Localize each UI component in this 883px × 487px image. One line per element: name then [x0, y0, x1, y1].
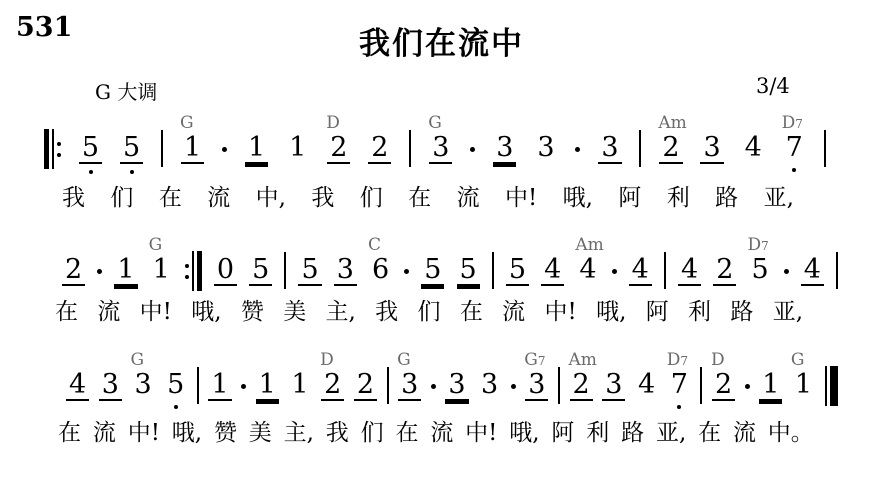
note-digit: 5 [164, 371, 187, 399]
note-digit: 5 [748, 256, 771, 284]
lyric-syllable: 在 [58, 420, 81, 448]
barline [409, 130, 411, 167]
note: G1 [792, 371, 815, 399]
note: 5 [164, 371, 187, 409]
note: G1 [181, 134, 204, 164]
lyric-syllable: 亚, [656, 420, 686, 448]
note: 4 [541, 256, 564, 286]
chord-label: D7 [782, 115, 803, 132]
note-digit: 5 [421, 256, 444, 286]
note-digit: 3 [445, 371, 468, 401]
lyric-syllable: 亚, [764, 185, 794, 213]
lyric-syllable: 中! [505, 185, 537, 213]
note: 5 [421, 256, 444, 286]
lyric-syllable: 在 [395, 420, 418, 448]
chord-label: Am [575, 237, 603, 254]
low-octave-dot [677, 405, 681, 409]
note-digit: 1 [114, 256, 137, 286]
barline [836, 252, 838, 289]
chord-label: G [397, 352, 411, 369]
note-digit: 4 [635, 371, 658, 399]
lyric-syllable: 们 [110, 185, 133, 213]
lyric-syllable: 在 [159, 185, 182, 213]
note-digit: 5 [298, 256, 321, 286]
note: 1 [114, 256, 137, 286]
note-digit: 1 [286, 134, 309, 162]
lyric-syllable: 赞 [241, 299, 264, 327]
note: 4 [629, 256, 652, 286]
dotted-note-dot [222, 147, 227, 152]
lyric-syllable: 哦, [596, 299, 626, 327]
chord-label: G [428, 115, 442, 132]
note-digit: 6 [369, 256, 392, 284]
note: D77 [783, 134, 806, 172]
note: D2 [321, 371, 344, 401]
note: Am2 [659, 134, 682, 164]
note: C6 [369, 256, 392, 284]
lyric-syllable: 流 [97, 299, 120, 327]
dotted-note-dot [575, 147, 580, 152]
barline [558, 367, 560, 404]
note-digit: 3 [493, 134, 516, 164]
dotted-note-dot [404, 269, 409, 274]
lyric-syllable: 阿 [646, 299, 669, 327]
note-digit: 2 [368, 134, 391, 164]
lyric-syllable: 流 [207, 185, 230, 213]
low-octave-dot [174, 405, 178, 409]
note: 3 [445, 371, 468, 401]
note: 4 [635, 371, 658, 399]
lyric-syllable: 在 [460, 299, 483, 327]
note: 2 [713, 256, 736, 286]
lyric-syllable: 主, [326, 299, 356, 327]
barline [639, 130, 641, 167]
lyric-syllable: 美 [249, 420, 272, 448]
note: 1 [288, 371, 311, 399]
lyric-syllable: 们 [360, 185, 383, 213]
note: Am2 [570, 371, 593, 401]
note-digit: 1 [288, 371, 311, 399]
note-digit: 2 [712, 371, 735, 401]
low-octave-dot [792, 168, 796, 172]
final-barline [825, 366, 838, 406]
note: D2 [327, 134, 350, 164]
note-digit: 3 [99, 371, 122, 401]
note: 1 [759, 371, 782, 401]
note-digit: 3 [131, 371, 154, 399]
chord-label: G [791, 352, 805, 369]
barline [161, 130, 163, 167]
low-octave-dot [130, 170, 134, 174]
note-digit: 3 [700, 134, 723, 164]
note-digit: 2 [659, 134, 682, 164]
note: D75 [748, 256, 771, 284]
lyric-syllable: 哦, [563, 185, 593, 213]
note: G1 [150, 256, 173, 284]
note-digit: 5 [79, 134, 102, 164]
note-digit: 7 [783, 134, 806, 162]
lyric-syllable: 路 [621, 420, 644, 448]
note-digit: 4 [541, 256, 564, 286]
lyric-syllable: 中。 [768, 420, 814, 448]
dotted-note-dot [431, 384, 436, 389]
lyric-syllable: 阿 [618, 185, 641, 213]
lyric-syllable: 阿 [551, 420, 574, 448]
lyric-syllable: 们 [418, 299, 441, 327]
note-digit: 4 [576, 256, 599, 284]
lyric-syllable: 赞 [214, 420, 237, 448]
lyric-syllable: 亚, [773, 299, 803, 327]
chord-label: Am [569, 352, 597, 369]
note: 5 [120, 134, 143, 174]
dotted-note-dot [241, 384, 246, 389]
lyric-syllable: 我 [326, 420, 349, 448]
chord-label: D7 [667, 352, 688, 369]
note: 1 [256, 371, 279, 401]
lyric-syllable: 我 [62, 185, 85, 213]
note: 5 [249, 256, 272, 286]
lyric-syllable: 在 [408, 185, 431, 213]
chord-label: D [326, 115, 340, 132]
note-digit: 5 [457, 256, 480, 286]
sheet-music-page: 531 我们在流中 G 大调 3/4 55G111D22G3333Am234D7… [0, 0, 883, 487]
lyric-syllable: 哦, [191, 299, 221, 327]
time-signature: 3/4 [756, 74, 790, 98]
note-digit: 2 [321, 371, 344, 401]
lyric-syllable: 美 [283, 299, 306, 327]
note-digit: 1 [792, 371, 815, 399]
note-digit: 5 [120, 134, 143, 164]
music-line-3: 43G35111D22G333G73Am234D77D21G1 [66, 371, 838, 409]
dotted-note-dot [612, 269, 617, 274]
note: 3 [700, 134, 723, 164]
chord-label: G [130, 352, 144, 369]
note-digit: 3 [598, 134, 621, 164]
note-digit: 3 [534, 134, 557, 162]
note-digit: 4 [678, 256, 701, 286]
note: 5 [298, 256, 321, 286]
lyric-syllable: 中! [544, 299, 576, 327]
key-signature: G 大调 [95, 76, 157, 105]
chord-label: G [180, 115, 194, 132]
repeat-begin-sign [44, 129, 61, 169]
lyric-syllable: 在 [698, 420, 721, 448]
chord-label: D [320, 352, 334, 369]
lyric-syllable: 在 [55, 299, 78, 327]
note: 4 [678, 256, 701, 286]
note-digit: 1 [181, 134, 204, 164]
note-digit: 5 [249, 256, 272, 286]
dotted-note-dot [511, 384, 516, 389]
note: D2 [712, 371, 735, 401]
note-digit: 2 [713, 256, 736, 286]
note: 5 [506, 256, 529, 286]
lyric-syllable: 中, [256, 185, 286, 213]
lyric-syllable: 哦, [509, 420, 539, 448]
dotted-note-dot [784, 269, 789, 274]
note: 1 [208, 371, 231, 401]
note-digit: 0 [214, 256, 237, 286]
barline [824, 130, 826, 167]
note-digit: 1 [150, 256, 173, 284]
barline [197, 367, 199, 404]
note: 2 [368, 134, 391, 164]
note-digit: 2 [327, 134, 350, 164]
note-digit: 4 [66, 371, 89, 401]
chord-label: D7 [747, 237, 768, 254]
lyrics-line-2: 在流中!哦,赞美主,我们在流中!哦,阿利路亚, [55, 299, 803, 327]
note: 3 [534, 134, 557, 162]
lyric-syllable: 中! [140, 299, 172, 327]
note-digit: 7 [668, 371, 691, 399]
note: G3 [398, 371, 421, 401]
music-line-2: 21G10553C65554Am4442D754 [62, 256, 838, 291]
note-digit: 4 [629, 256, 652, 286]
song-title: 我们在流中 [0, 18, 883, 63]
barline [492, 252, 494, 289]
note: 5 [79, 134, 102, 174]
lyric-syllable: 流 [457, 185, 480, 213]
note: 4 [801, 256, 824, 286]
lyric-syllable: 流 [430, 420, 453, 448]
note-digit: 3 [398, 371, 421, 401]
note: G3 [131, 371, 154, 399]
note: 3 [478, 371, 501, 399]
note: 3 [99, 371, 122, 401]
lyric-syllable: 利 [688, 299, 711, 327]
lyric-syllable: 中! [465, 420, 497, 448]
lyric-syllable: 流 [93, 420, 116, 448]
lyric-syllable: 哦, [172, 420, 202, 448]
lyric-syllable: 流 [502, 299, 525, 327]
lyric-syllable: 主, [284, 420, 314, 448]
music-line-1: 55G111D22G3333Am234D77 [44, 134, 826, 174]
chord-label: C [368, 237, 381, 254]
note-digit: 1 [208, 371, 231, 401]
note-digit: 3 [525, 371, 548, 401]
note-digit: 2 [570, 371, 593, 401]
note-digit: 1 [245, 134, 268, 164]
barline [700, 367, 702, 404]
barline [664, 252, 666, 289]
note: 1 [245, 134, 268, 164]
note: 2 [62, 256, 85, 286]
note: 4 [66, 371, 89, 401]
lyric-syllable: 利 [667, 185, 690, 213]
barline [284, 252, 286, 289]
note-digit: 4 [801, 256, 824, 286]
note-digit: 3 [478, 371, 501, 399]
repeat-end-sign [185, 251, 202, 291]
note-digit: 1 [256, 371, 279, 401]
chord-label: Am [658, 115, 686, 132]
note-digit: 3 [429, 134, 452, 164]
note-digit: 1 [759, 371, 782, 401]
note: 3 [334, 256, 357, 286]
lyric-syllable: 中! [128, 420, 160, 448]
note-digit: 2 [62, 256, 85, 286]
dotted-note-dot [745, 384, 750, 389]
chord-label: D [711, 352, 725, 369]
chord-label: G [149, 237, 163, 254]
lyric-syllable: 流 [733, 420, 756, 448]
note: 2 [354, 371, 377, 401]
note-digit: 3 [334, 256, 357, 286]
lyric-syllable: 路 [730, 299, 753, 327]
note: 1 [286, 134, 309, 162]
lyric-syllable: 我 [375, 299, 398, 327]
note: Am4 [576, 256, 599, 284]
note: D77 [668, 371, 691, 409]
note: 0 [214, 256, 237, 286]
barline [387, 367, 389, 404]
chord-label: G7 [524, 352, 545, 369]
note: G73 [525, 371, 548, 401]
note: G3 [429, 134, 452, 164]
dotted-note-dot [97, 269, 102, 274]
note-digit: 3 [602, 371, 625, 401]
note: 5 [457, 256, 480, 286]
lyric-syllable: 们 [361, 420, 384, 448]
lyric-syllable: 我 [311, 185, 334, 213]
lyrics-line-1: 我们在流中,我们在流中!哦,阿利路亚, [62, 185, 794, 213]
note-digit: 4 [742, 134, 765, 162]
note: 4 [742, 134, 765, 162]
note-digit: 2 [354, 371, 377, 401]
note: 3 [602, 371, 625, 401]
lyric-syllable: 利 [586, 420, 609, 448]
dotted-note-dot [470, 147, 475, 152]
lyric-syllable: 路 [715, 185, 738, 213]
low-octave-dot [89, 170, 93, 174]
lyrics-line-3: 在流中!哦,赞美主,我们在流中!哦,阿利路亚,在流中。 [58, 420, 814, 448]
note-digit: 5 [506, 256, 529, 286]
note: 3 [493, 134, 516, 164]
note: 3 [598, 134, 621, 164]
